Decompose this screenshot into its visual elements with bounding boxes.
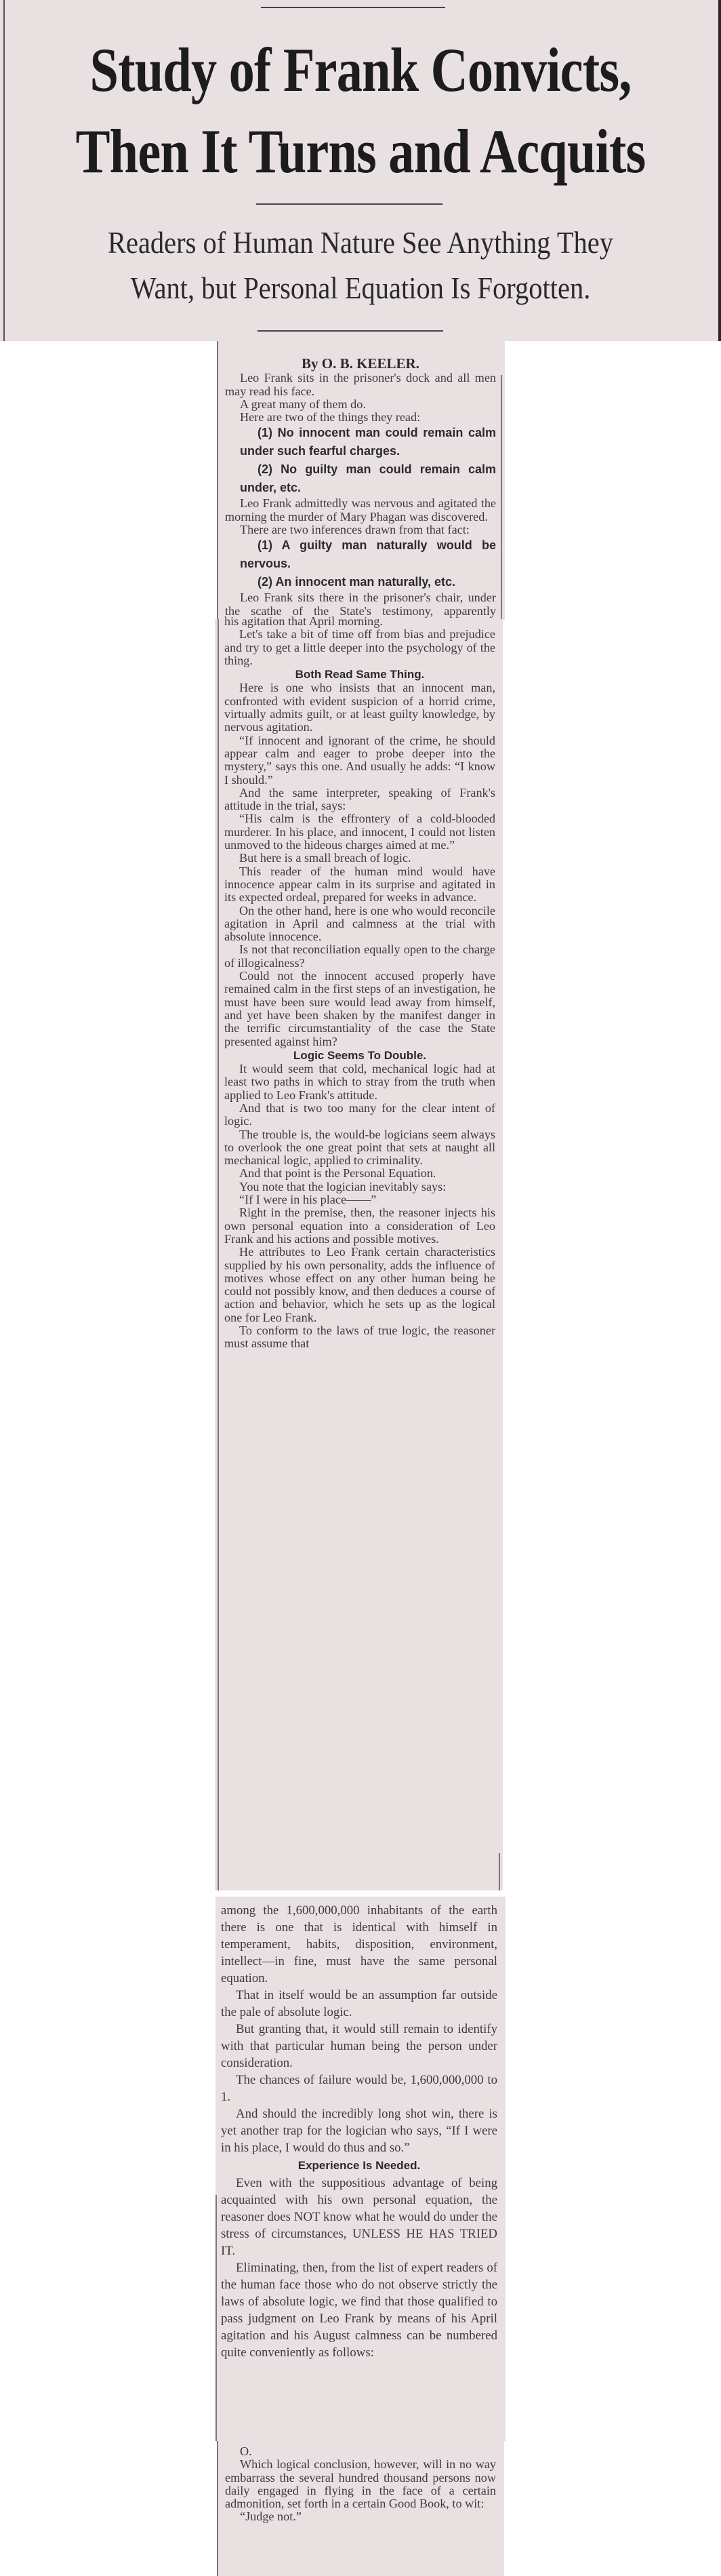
headline-line-2: Then It Turns and Acquits [61, 114, 659, 189]
section-subhead: Experience Is Needed. [221, 2157, 497, 2174]
column-rule [217, 341, 218, 620]
numbered-inference: (2) An innocent man naturally, etc. [225, 573, 496, 591]
deck-line-2: Want, but Personal Equation Is Forgotten… [36, 266, 685, 310]
article-column: O.Which logical conclusion, however, wil… [225, 2445, 496, 2524]
paragraph-continued: his agitation that April morning. [224, 615, 495, 628]
paragraph: The trouble is, the would-be logicians s… [224, 1128, 495, 1168]
paragraph: But granting that, it would still remain… [221, 2021, 497, 2072]
headline-line-1: Study of Frank Convicts, [61, 33, 659, 107]
deck-line-1: Readers of Human Nature See Anything The… [36, 221, 685, 264]
column-rule [3, 0, 5, 341]
article-body: among the 1,600,000,000 inhabitants of t… [221, 1902, 497, 2361]
article-body: O.Which logical conclusion, however, wil… [225, 2445, 496, 2524]
paragraph: This reader of the human mind would have… [224, 865, 495, 905]
column-rule [718, 0, 721, 341]
article-segment-3: among the 1,600,000,000 inhabitants of t… [215, 1897, 506, 2441]
paragraph: It would seem that cold, mechanical logi… [224, 1063, 495, 1102]
column-rule [218, 619, 219, 1890]
section-subhead: Logic Seems To Double. [224, 1049, 495, 1062]
paragraph: And the same interpreter, speaking of Fr… [224, 787, 495, 813]
paragraph: Leo Frank sits in the prisoner's dock an… [225, 372, 496, 398]
section-subhead: Both Read Same Thing. [224, 668, 495, 681]
article-segment-1: By O. B. KEELER. Leo Frank sits in the p… [217, 341, 505, 620]
paragraph: “Judge not.” [225, 2510, 496, 2523]
column-rule [215, 2195, 217, 2441]
paragraph: Could not the innocent accused properly … [224, 970, 495, 1048]
paragraph: “If innocent and ignorant of the crime, … [224, 734, 495, 787]
column-rule [501, 375, 502, 620]
column-rule [499, 1853, 500, 1890]
paragraph: There are two inferences drawn from that… [225, 523, 496, 536]
paragraph: Leo Frank admittedly was nervous and agi… [225, 497, 496, 523]
article-body: his agitation that April morning.Let's t… [224, 615, 495, 1351]
numbered-inference: (1) No innocent man could remain calm un… [225, 424, 496, 460]
divider-rule [256, 203, 442, 205]
article-column: among the 1,600,000,000 inhabitants of t… [221, 1902, 497, 2361]
paragraph: Is not that reconciliation equally open … [224, 943, 495, 970]
divider-rule [261, 7, 445, 8]
numbered-inference: (1) A guilty man naturally would be nerv… [225, 536, 496, 573]
paragraph: “His calm is the effrontery of a cold-bl… [224, 812, 495, 852]
paragraph: Eliminating, then, from the list of expe… [221, 2259, 497, 2361]
paragraph: Even with the suppositious advantage of … [221, 2175, 497, 2259]
paragraph: And that point is the Personal Equation. [224, 1167, 495, 1180]
column-rule [217, 2441, 218, 2576]
paragraph: Right in the premise, then, the reasoner… [224, 1206, 495, 1246]
paragraph: And should the incredibly long shot win,… [221, 2105, 497, 2156]
paragraph: And that is two too many for the clear i… [224, 1102, 495, 1128]
paragraph: Here are two of the things they read: [225, 411, 496, 424]
paragraph: He attributes to Leo Frank certain chara… [224, 1246, 495, 1324]
article-column: his agitation that April morning.Let's t… [224, 615, 495, 1351]
numbered-inference: (2) No guilty man could remain calm unde… [225, 460, 496, 497]
paragraph: A great many of them do. [225, 398, 496, 411]
headline-block: Study of Frank Convicts, Then It Turns a… [0, 0, 721, 341]
paragraph: Which logical conclusion, however, will … [225, 2458, 496, 2510]
byline: By O. B. KEELER. [225, 357, 496, 370]
article-segment-4: O.Which logical conclusion, however, wil… [217, 2441, 504, 2576]
paragraph: O. [225, 2445, 496, 2458]
paragraph: To conform to the laws of true logic, th… [224, 1324, 495, 1351]
paragraph: Let's take a bit of time off from bias a… [224, 628, 495, 667]
paragraph: But here is a small breach of logic. [224, 852, 495, 865]
paragraph-continued: among the 1,600,000,000 inhabitants of t… [221, 1902, 497, 1987]
paragraph: You note that the logician inevitably sa… [224, 1181, 495, 1193]
paragraph: Here is one who insists that an innocent… [224, 681, 495, 734]
paragraph: On the other hand, here is one who would… [224, 905, 495, 944]
paragraph: That in itself would be an assumption fa… [221, 1987, 497, 2021]
divider-rule [257, 330, 443, 332]
paragraph: The chances of failure would be, 1,600,0… [221, 2072, 497, 2105]
paragraph: “If I were in his place——” [224, 1193, 495, 1206]
article-segment-2: his agitation that April morning.Let's t… [215, 619, 503, 1890]
